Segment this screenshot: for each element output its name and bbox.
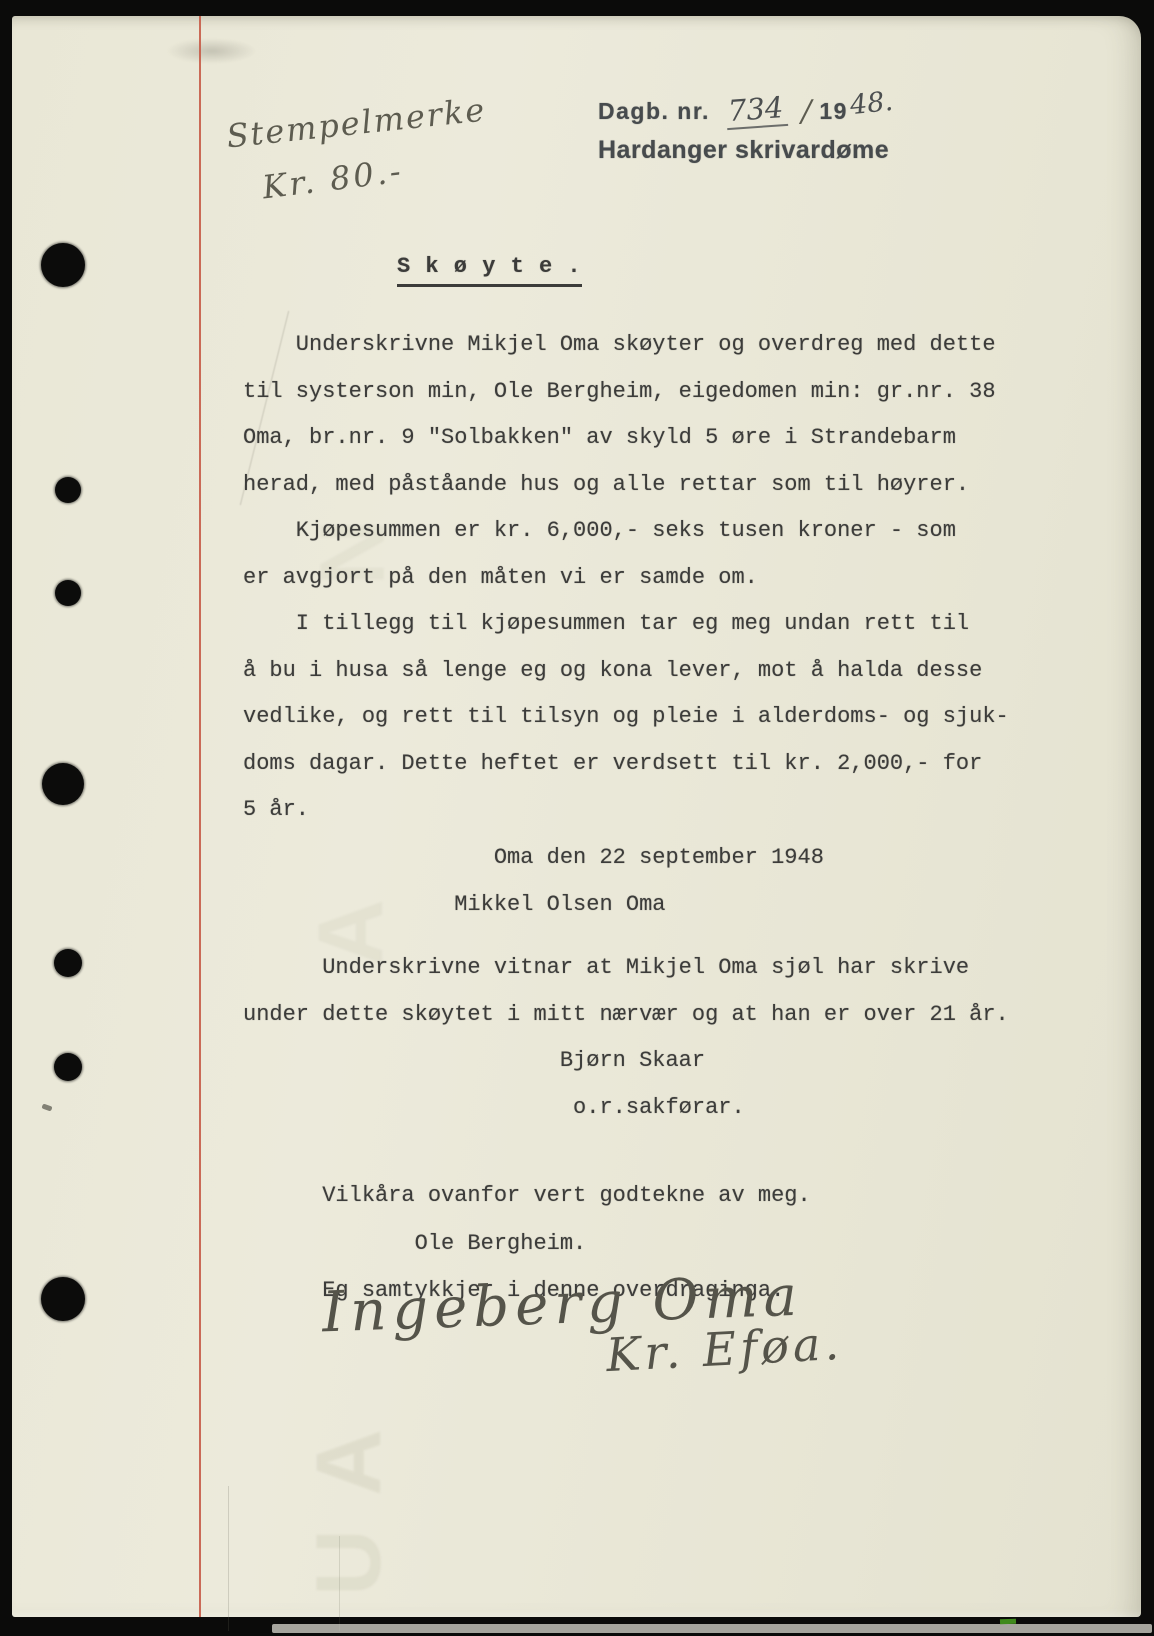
stamp-journal-label: Dagb. nr. (598, 98, 710, 125)
body-line: Underskrivne Mikjel Oma skøyter og overd… (243, 322, 1009, 369)
stamp-year-handwritten: 48. (848, 86, 894, 121)
bleed-through-letter: U (297, 1529, 402, 1595)
buyer-consent-line: Vilkåra ovanfor vert godtekne av meg. (243, 1172, 811, 1220)
buyer-signature: Ole Bergheim. (243, 1220, 811, 1268)
body-line: til systerson min, Ole Bergheim, eigedom… (243, 369, 1009, 416)
stamp-office-name: Hardanger skrivardøme (598, 136, 893, 165)
body-line: å bu i husa så lenge eg og kona lever, m… (243, 648, 1009, 695)
scanned-document-page: { "page": { "background_color": "#0b0b0a… (0, 0, 1154, 1636)
body-line: doms dagar. Dette heftet er verdsett til… (243, 741, 1009, 788)
punch-hole (42, 763, 84, 805)
deed-body: Underskrivne Mikjel Oma skøyter og overd… (243, 322, 1009, 834)
margin-rule (199, 16, 201, 1617)
seller-signature: Mikkel Olsen Oma (243, 882, 824, 929)
date-and-seller: Oma den 22 september 1948 Mikkel Olsen O… (243, 835, 824, 928)
punch-hole (41, 1277, 85, 1321)
witness-title: o.r.sakførar. (243, 1085, 1009, 1132)
registry-stamp: Dagb. nr. 734 / 19 48. Hardanger skrivar… (598, 98, 893, 165)
punch-hole (54, 1053, 82, 1081)
body-line: 5 år. (243, 787, 1009, 834)
punch-hole (55, 477, 81, 503)
witness-line: under dette skøytet i mitt nærvær og at … (243, 992, 1009, 1039)
body-line: Kjøpesummen er kr. 6,000,- seks tusen kr… (243, 508, 1009, 555)
green-edge-mark (1000, 1619, 1016, 1625)
witness-name: Bjørn Skaar (243, 1038, 1009, 1085)
body-line: vedlike, og rett til tilsyn og pleie i a… (243, 694, 1009, 741)
paper-crease (228, 1486, 229, 1631)
body-line: er avgjort på den måten vi er samde om. (243, 555, 1009, 602)
body-line: herad, med påståande hus og alle rettar … (243, 462, 1009, 509)
body-line: I tillegg til kjøpesummen tar eg meg und… (243, 601, 1009, 648)
document-title: S k ø y t e . (397, 254, 582, 287)
page-edge-highlight (272, 1624, 1152, 1633)
stamp-year-printed: 19 (819, 98, 848, 125)
date-line: Oma den 22 september 1948 (243, 835, 824, 882)
punch-hole (54, 949, 82, 977)
witness-statement: Underskrivne vitnar at Mikjel Oma sjøl h… (243, 945, 1009, 1131)
body-line: Oma, br.nr. 9 "Solbakken" av skyld 5 øre… (243, 415, 1009, 462)
punch-hole (41, 243, 85, 287)
stamp-slash: / (801, 94, 811, 129)
witness-line: Underskrivne vitnar at Mikjel Oma sjøl h… (243, 945, 1009, 992)
punch-hole (55, 580, 81, 606)
ink-smudge (152, 34, 272, 68)
bleed-through-letter: A (297, 1429, 402, 1495)
stamp-journal-number: 734 (725, 90, 789, 130)
